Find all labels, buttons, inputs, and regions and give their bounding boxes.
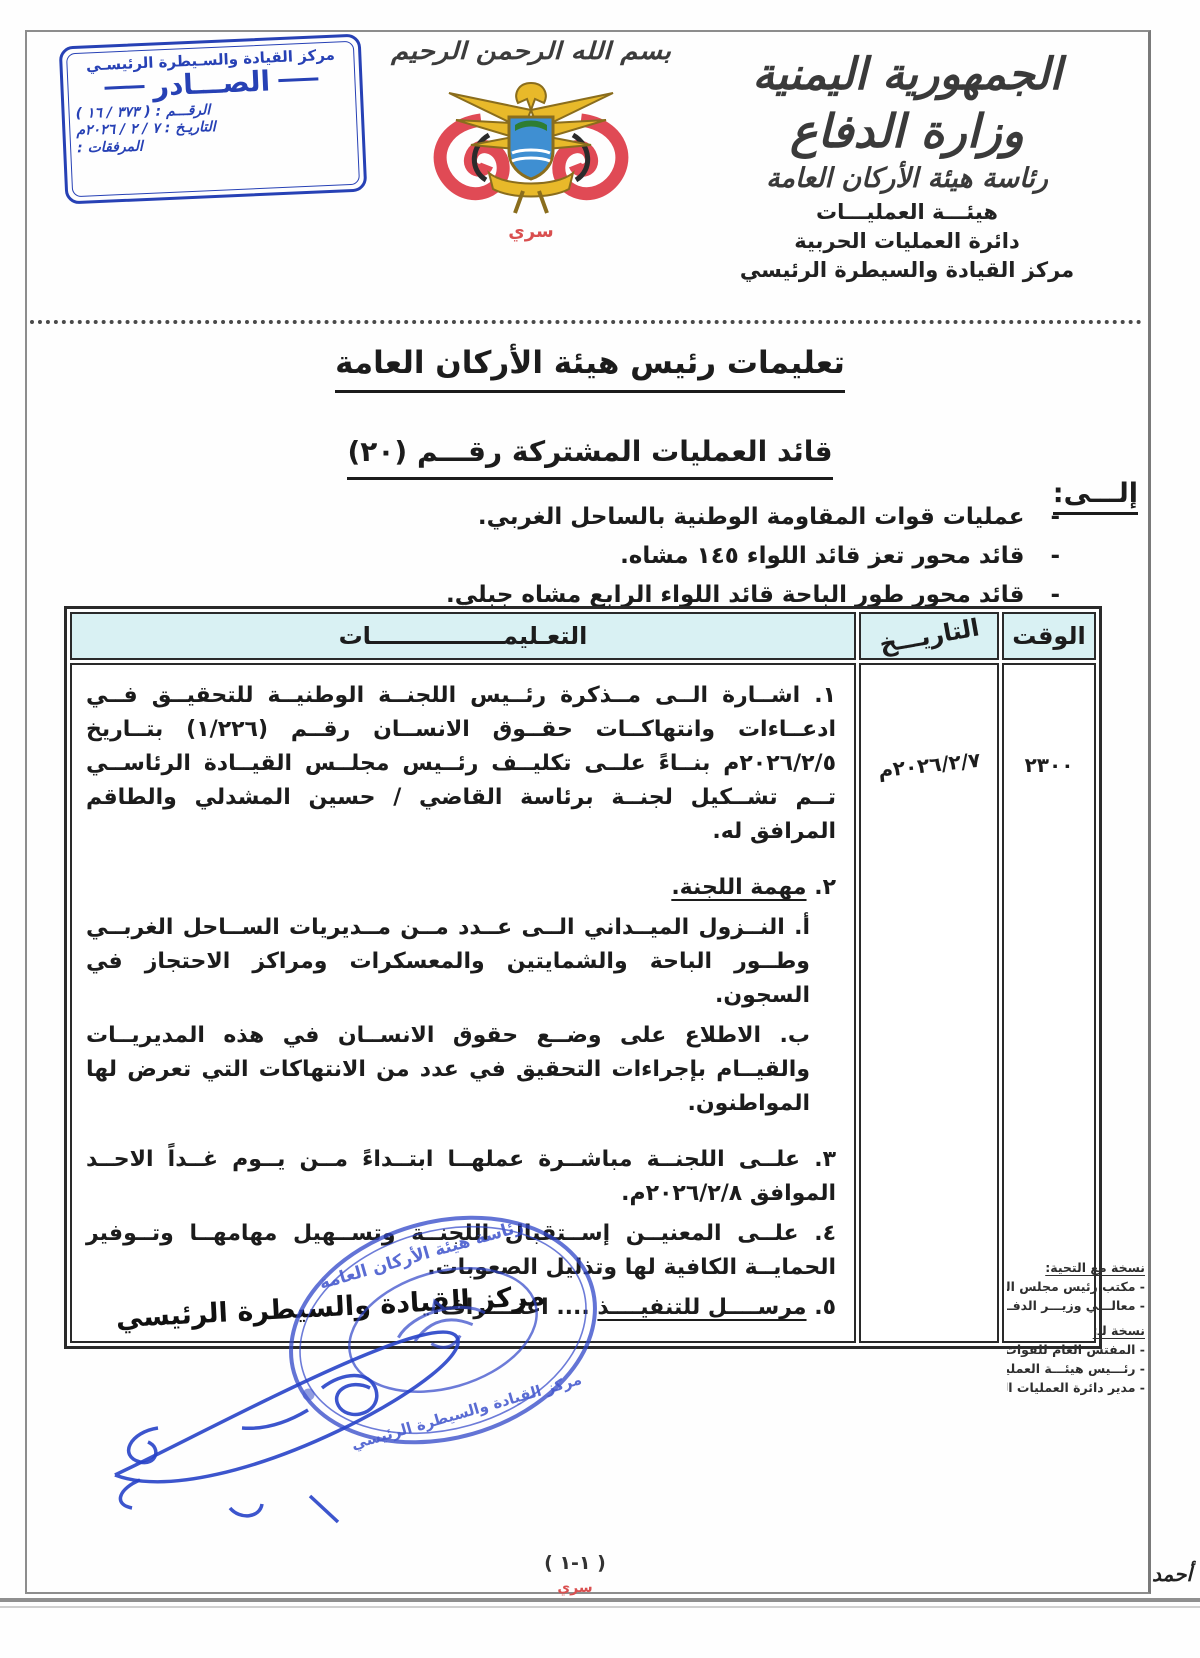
- to-list: -عمليات قوات المقاومة الوطنية بالساحل ال…: [180, 498, 1060, 615]
- distribution-list: نسخة مع التحية: - مكتب رئيس مجلس القيادة…: [1007, 1252, 1145, 1397]
- outgoing-registry-stamp: مركز القيادة والسـيطرة الرئيسـي الصـــاد…: [59, 33, 368, 204]
- header-instructions: التعـليمــــــــــــــــات: [70, 612, 856, 660]
- para-text-underlined: مرســــل للتنفيــــذ: [597, 1295, 806, 1320]
- letterhead-war-operations-dept: دائرة العمليات الحربية: [672, 227, 1142, 256]
- para-number: ٣.: [814, 1147, 836, 1172]
- dash-bullet: -: [1050, 498, 1060, 537]
- letterhead: الجمهورية اليمنية وزارة الدفاع رئاسة هيئ…: [672, 48, 1142, 285]
- page-number: ( ١-١ ): [0, 1552, 1150, 1574]
- eagle-head: [516, 83, 546, 110]
- outgoing-registry-stamp-inner: مركز القيادة والسـيطرة الرئيسـي الصـــاد…: [66, 41, 360, 197]
- document-title: تعليمات رئيس هيئة الأركان العامة: [335, 345, 845, 393]
- header-date-text: التاريـــخ: [877, 613, 981, 658]
- stamp-dash-right: [278, 77, 318, 82]
- para-text: الاطلاع على وضــع حقوق الانســان في هذه …: [86, 1023, 810, 1116]
- distribution-item: - معالـــي وزيـــر الدفـــاع.: [1007, 1296, 1145, 1315]
- to-item: -قائد محور تعز قائد اللواء ١٤٥ مشاه.: [180, 537, 1060, 576]
- header-date: التاريـــخ: [859, 612, 999, 660]
- document-subtitle: قائد العمليات المشتركة رقـــم (٢٠): [347, 435, 832, 480]
- yemen-eagle-emblem: [411, 65, 651, 215]
- table-header-row: الوقت التاريـــخ التعـليمـــــــــــــــ…: [70, 612, 1096, 660]
- stamp-outgoing-label: الصـــادر: [152, 64, 271, 102]
- classification-secret-bottom: سري: [0, 1580, 1150, 1596]
- dash-bullet: -: [1050, 537, 1060, 576]
- scan-bottom-line: [0, 1598, 1200, 1602]
- cell-date: ٢٠٢٦/٢/٧م: [859, 663, 999, 1343]
- distribution-item: - مكتب رئيس مجلس القيادة الرئاسي.: [1007, 1277, 1145, 1296]
- handwritten-initial: أحمد: [1152, 1562, 1192, 1586]
- para-text: اشــارة الــى مــذكرة رئــيس اللجنــة ال…: [86, 683, 836, 844]
- to-item: -عمليات قوات المقاومة الوطنية بالساحل ال…: [180, 498, 1060, 537]
- letterhead-command-center: مركز القيادة والسيطرة الرئيسي: [672, 256, 1142, 285]
- para-number: ٥.: [814, 1295, 836, 1320]
- para-number: ب.: [780, 1023, 810, 1048]
- para-number: ٤.: [814, 1221, 836, 1246]
- to-item-text: عمليات قوات المقاومة الوطنية بالساحل الغ…: [478, 504, 1025, 530]
- cell-time: ٢٣٠٠: [1002, 663, 1096, 1343]
- instruction-paragraph-1: ١. اشــارة الــى مــذكرة رئــيس اللجنــة…: [86, 679, 836, 849]
- instruction-subparagraph-b: ب. الاطلاع على وضــع حقوق الانســان في ه…: [86, 1019, 836, 1121]
- handwritten-signature: [70, 1270, 610, 1530]
- to-item-text: قائد محور طور الباحة قائد اللواء الرابع …: [446, 582, 1024, 608]
- to-label: إلـــى:: [1053, 478, 1138, 515]
- para-number: أ.: [794, 915, 810, 940]
- title-block: تعليمات رئيس هيئة الأركان العامة قائد ال…: [180, 345, 1000, 480]
- letterhead-operations-authority: هيئـــة العمليـــات: [672, 198, 1142, 227]
- stamp-attachments-line: المرفقات :: [77, 139, 143, 157]
- para-text-underlined: مهمة اللجنة.: [671, 875, 806, 900]
- instruction-paragraph-2: ٢. مهمة اللجنة.: [86, 871, 836, 905]
- distribution-item: - رئـــيس هيئـــة العمليـــــات.: [1007, 1359, 1145, 1378]
- distribution-copy-label: نسخة لـ:: [1007, 1321, 1145, 1340]
- bismillah-calligraphy: بسم الله الرحمن الرحيم: [371, 36, 691, 65]
- para-number: ١.: [814, 683, 836, 708]
- header-time: الوقت: [1002, 612, 1096, 660]
- stamp-date-line: التاريـخ : ٧ / ٢ / ٢٠٢٦م: [76, 119, 216, 139]
- cell-date-text: ٢٠٢٦/٢/٧م: [877, 748, 981, 783]
- distribution-item: - المفتش العام للقوات المسلحة.: [1007, 1340, 1145, 1359]
- instruction-subparagraph-a: أ. النــزول الميــداني الــى عــدد مــن …: [86, 911, 836, 1013]
- distribution-greeting-label: نسخة مع التحية:: [1007, 1258, 1145, 1277]
- distribution-item: - مدير دائرة العمليات الحربية.: [1007, 1378, 1145, 1397]
- document-page: مركز القيادة والسـيطرة الرئيسـي الصـــاد…: [0, 0, 1200, 1658]
- para-number: ٢.: [814, 875, 836, 900]
- letterhead-country: الجمهورية اليمنية: [672, 48, 1142, 102]
- scan-bottom-line-light: [0, 1606, 1200, 1608]
- to-item-text: قائد محور تعز قائد اللواء ١٤٥ مشاه.: [620, 543, 1024, 569]
- letterhead-staff-presidency: رئاسة هيئة الأركان العامة: [672, 160, 1142, 198]
- emblem-block: بسم الله الرحمن الرحيم سري: [392, 36, 670, 242]
- stamp-dash-left: [105, 85, 145, 90]
- dotted-separator: [30, 320, 1142, 324]
- letterhead-ministry: وزارة الدفاع: [672, 102, 1142, 160]
- classification-secret-top: سري: [392, 221, 670, 242]
- para-text: النــزول الميــداني الــى عــدد مــن مــ…: [86, 915, 810, 1008]
